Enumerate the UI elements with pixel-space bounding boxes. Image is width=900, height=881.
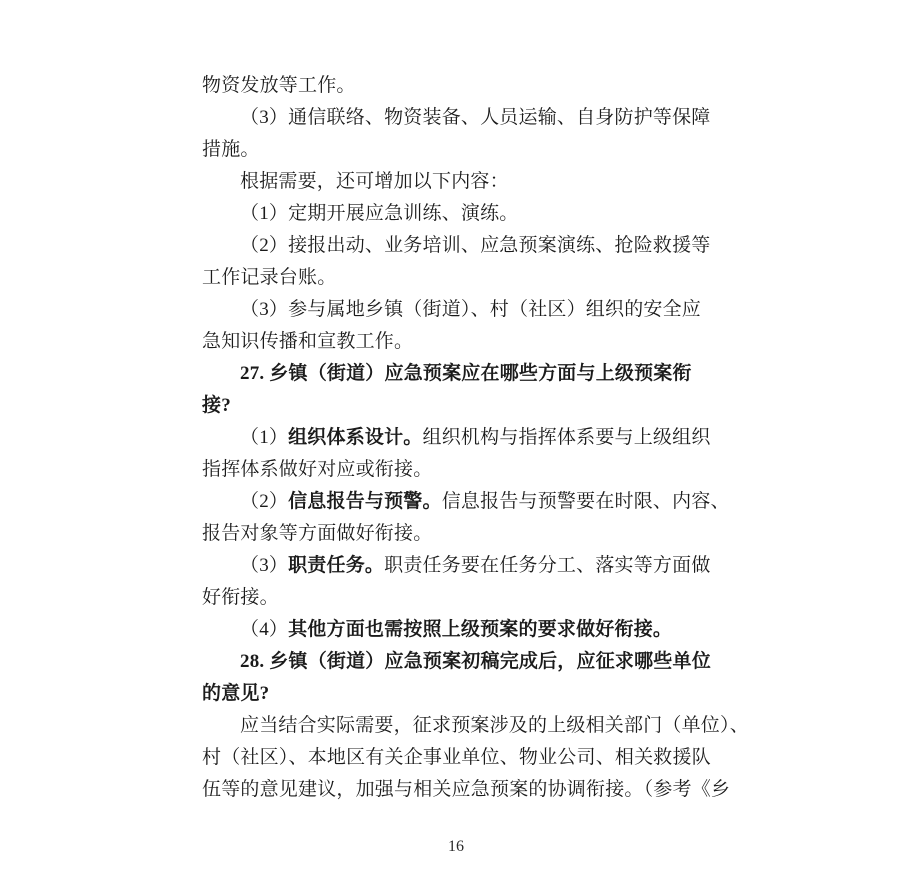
text-segment: 报告对象等方面做好衔接。 [202, 523, 432, 544]
body-line: （3）参与属地乡镇（街道）、村（社区）组织的安全应 [202, 294, 708, 326]
text-segment: （4） [240, 619, 288, 640]
question-28-heading: 的意见? [202, 678, 708, 710]
text-segment: 信息报告与预警要在时限、内容、 [442, 491, 730, 512]
question-28-heading: 28. 乡镇（街道）应急预案初稿完成后，应征求哪些单位 [202, 646, 708, 678]
body-line: 急知识传播和宣教工作。 [202, 326, 708, 358]
body-line: 应当结合实际需要，征求预案涉及的上级相关部门（单位）、 [202, 710, 708, 742]
body-line: （2）接报出动、业务培训、应急预案演练、抢险救援等 [202, 230, 708, 262]
text-segment: 好衔接。 [202, 587, 279, 608]
text-segment: 措施。 [202, 139, 260, 160]
text-segment: 伍等的意见建议，加强与相关应急预案的协调衔接。（参考《乡 [202, 779, 730, 800]
body-line: 指挥体系做好对应或衔接。 [202, 454, 708, 486]
bold-text-segment: 的意见? [202, 683, 269, 704]
body-line: （1）组织体系设计。组织机构与指挥体系要与上级组织 [202, 422, 708, 454]
question-27-heading: 接? [202, 390, 708, 422]
body-line: （2）信息报告与预警。信息报告与预警要在时限、内容、 [202, 486, 708, 518]
text-segment: （3） [240, 555, 288, 576]
document-page: 物资发放等工作。（3）通信联络、物资装备、人员运输、自身防护等保障措施。根据需要… [0, 0, 900, 881]
body-line: （1）定期开展应急训练、演练。 [202, 198, 708, 230]
text-segment: 指挥体系做好对应或衔接。 [202, 459, 432, 480]
bold-text-segment: 组织体系设计。 [288, 427, 422, 448]
body-line: （3）通信联络、物资装备、人员运输、自身防护等保障 [202, 102, 708, 134]
body-line: 报告对象等方面做好衔接。 [202, 518, 708, 550]
bold-text-segment: 28. 乡镇（街道）应急预案初稿完成后，应征求哪些单位 [240, 651, 711, 672]
body-line: 物资发放等工作。 [202, 70, 708, 102]
text-segment: （3）通信联络、物资装备、人员运输、自身防护等保障 [240, 107, 711, 128]
text-segment: 职责任务要在任务分工、落实等方面做 [384, 555, 710, 576]
text-segment: （1） [240, 427, 288, 448]
text-segment: 组织机构与指挥体系要与上级组织 [423, 427, 711, 448]
body-line: 村（社区）、本地区有关企事业单位、物业公司、相关救援队 [202, 742, 708, 774]
text-block: 物资发放等工作。（3）通信联络、物资装备、人员运输、自身防护等保障措施。根据需要… [202, 70, 708, 806]
text-segment: （2） [240, 491, 288, 512]
bold-text-segment: 接? [202, 395, 231, 416]
body-line: 伍等的意见建议，加强与相关应急预案的协调衔接。（参考《乡 [202, 774, 708, 806]
text-segment: （2）接报出动、业务培训、应急预案演练、抢险救援等 [240, 235, 711, 256]
body-line: 根据需要，还可增加以下内容： [202, 166, 708, 198]
body-line: 工作记录台账。 [202, 262, 708, 294]
text-segment: 应当结合实际需要，征求预案涉及的上级相关部门（单位）、 [240, 715, 749, 736]
body-line: 措施。 [202, 134, 708, 166]
text-segment: 物资发放等工作。 [202, 75, 356, 96]
text-segment: （1）定期开展应急训练、演练。 [240, 203, 519, 224]
text-segment: （3）参与属地乡镇（街道）、村（社区）组织的安全应 [240, 299, 701, 320]
bold-text-segment: 信息报告与预警。 [288, 491, 442, 512]
text-segment: 工作记录台账。 [202, 267, 336, 288]
text-segment: 根据需要，还可增加以下内容： [240, 171, 509, 192]
body-line: （3）职责任务。职责任务要在任务分工、落实等方面做 [202, 550, 708, 582]
text-segment: 急知识传播和宣教工作。 [202, 331, 413, 352]
bold-text-segment: 其他方面也需按照上级预案的要求做好衔接。 [288, 619, 672, 640]
page-number: 16 [203, 838, 709, 856]
question-27-heading: 27. 乡镇（街道）应急预案应在哪些方面与上级预案衔 [202, 358, 708, 390]
bold-text-segment: 职责任务。 [288, 555, 384, 576]
body-line: 好衔接。 [202, 582, 708, 614]
text-segment: 村（社区）、本地区有关企事业单位、物业公司、相关救援队 [202, 747, 711, 768]
body-line: （4）其他方面也需按照上级预案的要求做好衔接。 [202, 614, 708, 646]
bold-text-segment: 27. 乡镇（街道）应急预案应在哪些方面与上级预案衔 [240, 363, 692, 384]
